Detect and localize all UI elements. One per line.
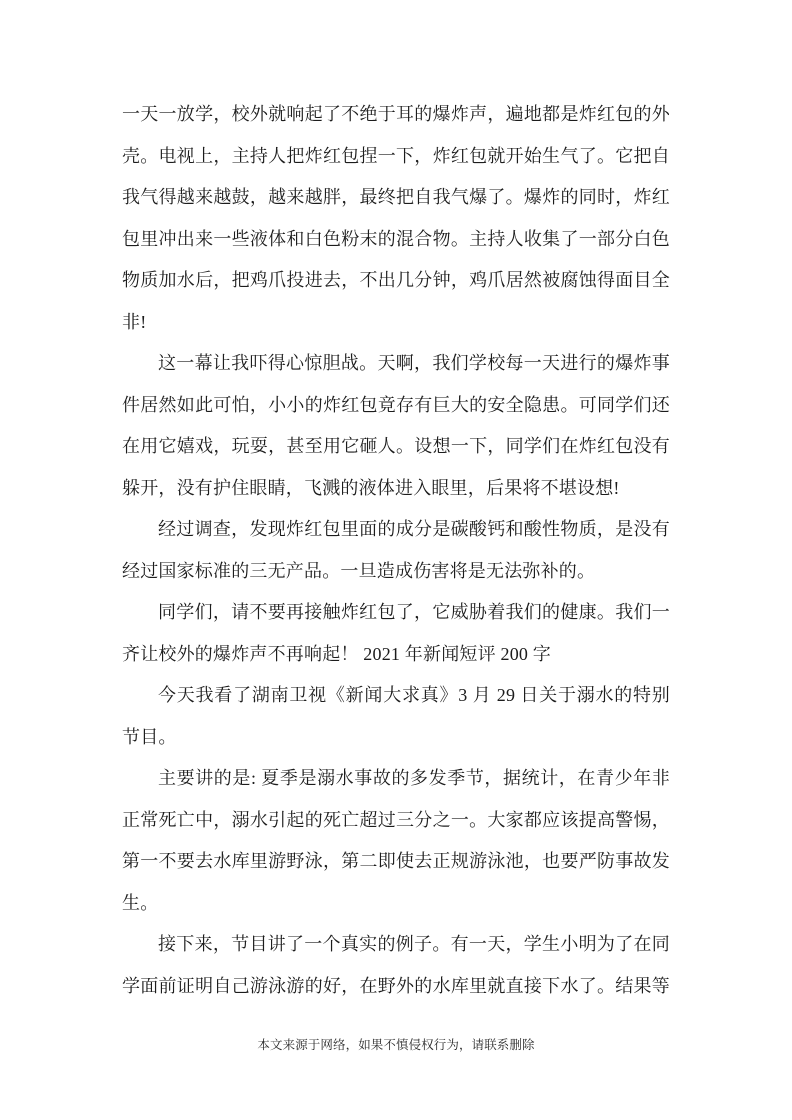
text-line: 今天我看了湖南卫视《新闻大求真》3 月 29 日关于溺水的特别 <box>122 675 670 717</box>
text-line: 主要讲的是: 夏季是溺水事故的多发季节，据统计，在青少年非 <box>122 758 670 800</box>
text-line: 经过国家标准的三无产品。一旦造成伤害将是无法弥补的。 <box>122 551 670 593</box>
text-line: 我气得越来越鼓，越来越胖，最终把自我气爆了。爆炸的同时，炸红 <box>122 177 670 219</box>
text-line: 在用它嬉戏，玩耍，甚至用它砸人。设想一下，同学们在炸红包没有 <box>122 426 670 468</box>
text-line: 包里冲出来一些液体和白色粉末的混合物。主持人收集了一部分白色 <box>122 219 670 261</box>
text-line: 一天一放学，校外就响起了不绝于耳的爆炸声，遍地都是炸红包的外 <box>122 94 670 136</box>
text-line: 物质加水后，把鸡爪投进去，不出几分钟，鸡爪居然被腐蚀得面目全 <box>122 260 670 302</box>
text-line: 件居然如此可怕，小小的炸红包竟存有巨大的安全隐患。可同学们还 <box>122 385 670 427</box>
text-line: 第一不要去水库里游野泳，第二即使去正规游泳池，也要严防事故发 <box>122 841 670 883</box>
text-line: 躲开，没有护住眼睛，飞溅的液体进入眼里，后果将不堪设想! <box>122 468 670 510</box>
text-line: 节目。 <box>122 717 670 759</box>
text-line: 学面前证明自己游泳游的好，在野外的水库里就直接下水了。结果等 <box>122 966 670 1008</box>
document-page: 一天一放学，校外就响起了不绝于耳的爆炸声，遍地都是炸红包的外 壳。电视上，主持人… <box>0 0 792 1120</box>
text-line: 经过调查，发现炸红包里面的成分是碳酸钙和酸性物质，是没有 <box>122 509 670 551</box>
page: { "colors": { "page_background": "#fffff… <box>0 0 792 1120</box>
text-line: 壳。电视上，主持人把炸红包捏一下，炸红包就开始生气了。它把自 <box>122 136 670 178</box>
text-line: 齐让校外的爆炸声不再响起！ 2021 年新闻短评 200 字 <box>122 634 670 676</box>
document-body: 一天一放学，校外就响起了不绝于耳的爆炸声，遍地都是炸红包的外 壳。电视上，主持人… <box>122 94 670 1007</box>
text-line: 同学们，请不要再接触炸红包了，它威胁着我们的健康。我们一 <box>122 592 670 634</box>
text-line: 生。 <box>122 883 670 925</box>
text-line: 这一幕让我吓得心惊胆战。天啊，我们学校每一天进行的爆炸事 <box>122 343 670 385</box>
text-line: 非! <box>122 302 670 344</box>
footer-disclaimer: 本文来源于网络，如果不慎侵权行为，请联系删除 <box>0 1036 792 1055</box>
text-line: 接下来，节目讲了一个真实的例子。有一天，学生小明为了在同 <box>122 924 670 966</box>
text-line: 正常死亡中，溺水引起的死亡超过三分之一。大家都应该提高警惕， <box>122 800 670 842</box>
